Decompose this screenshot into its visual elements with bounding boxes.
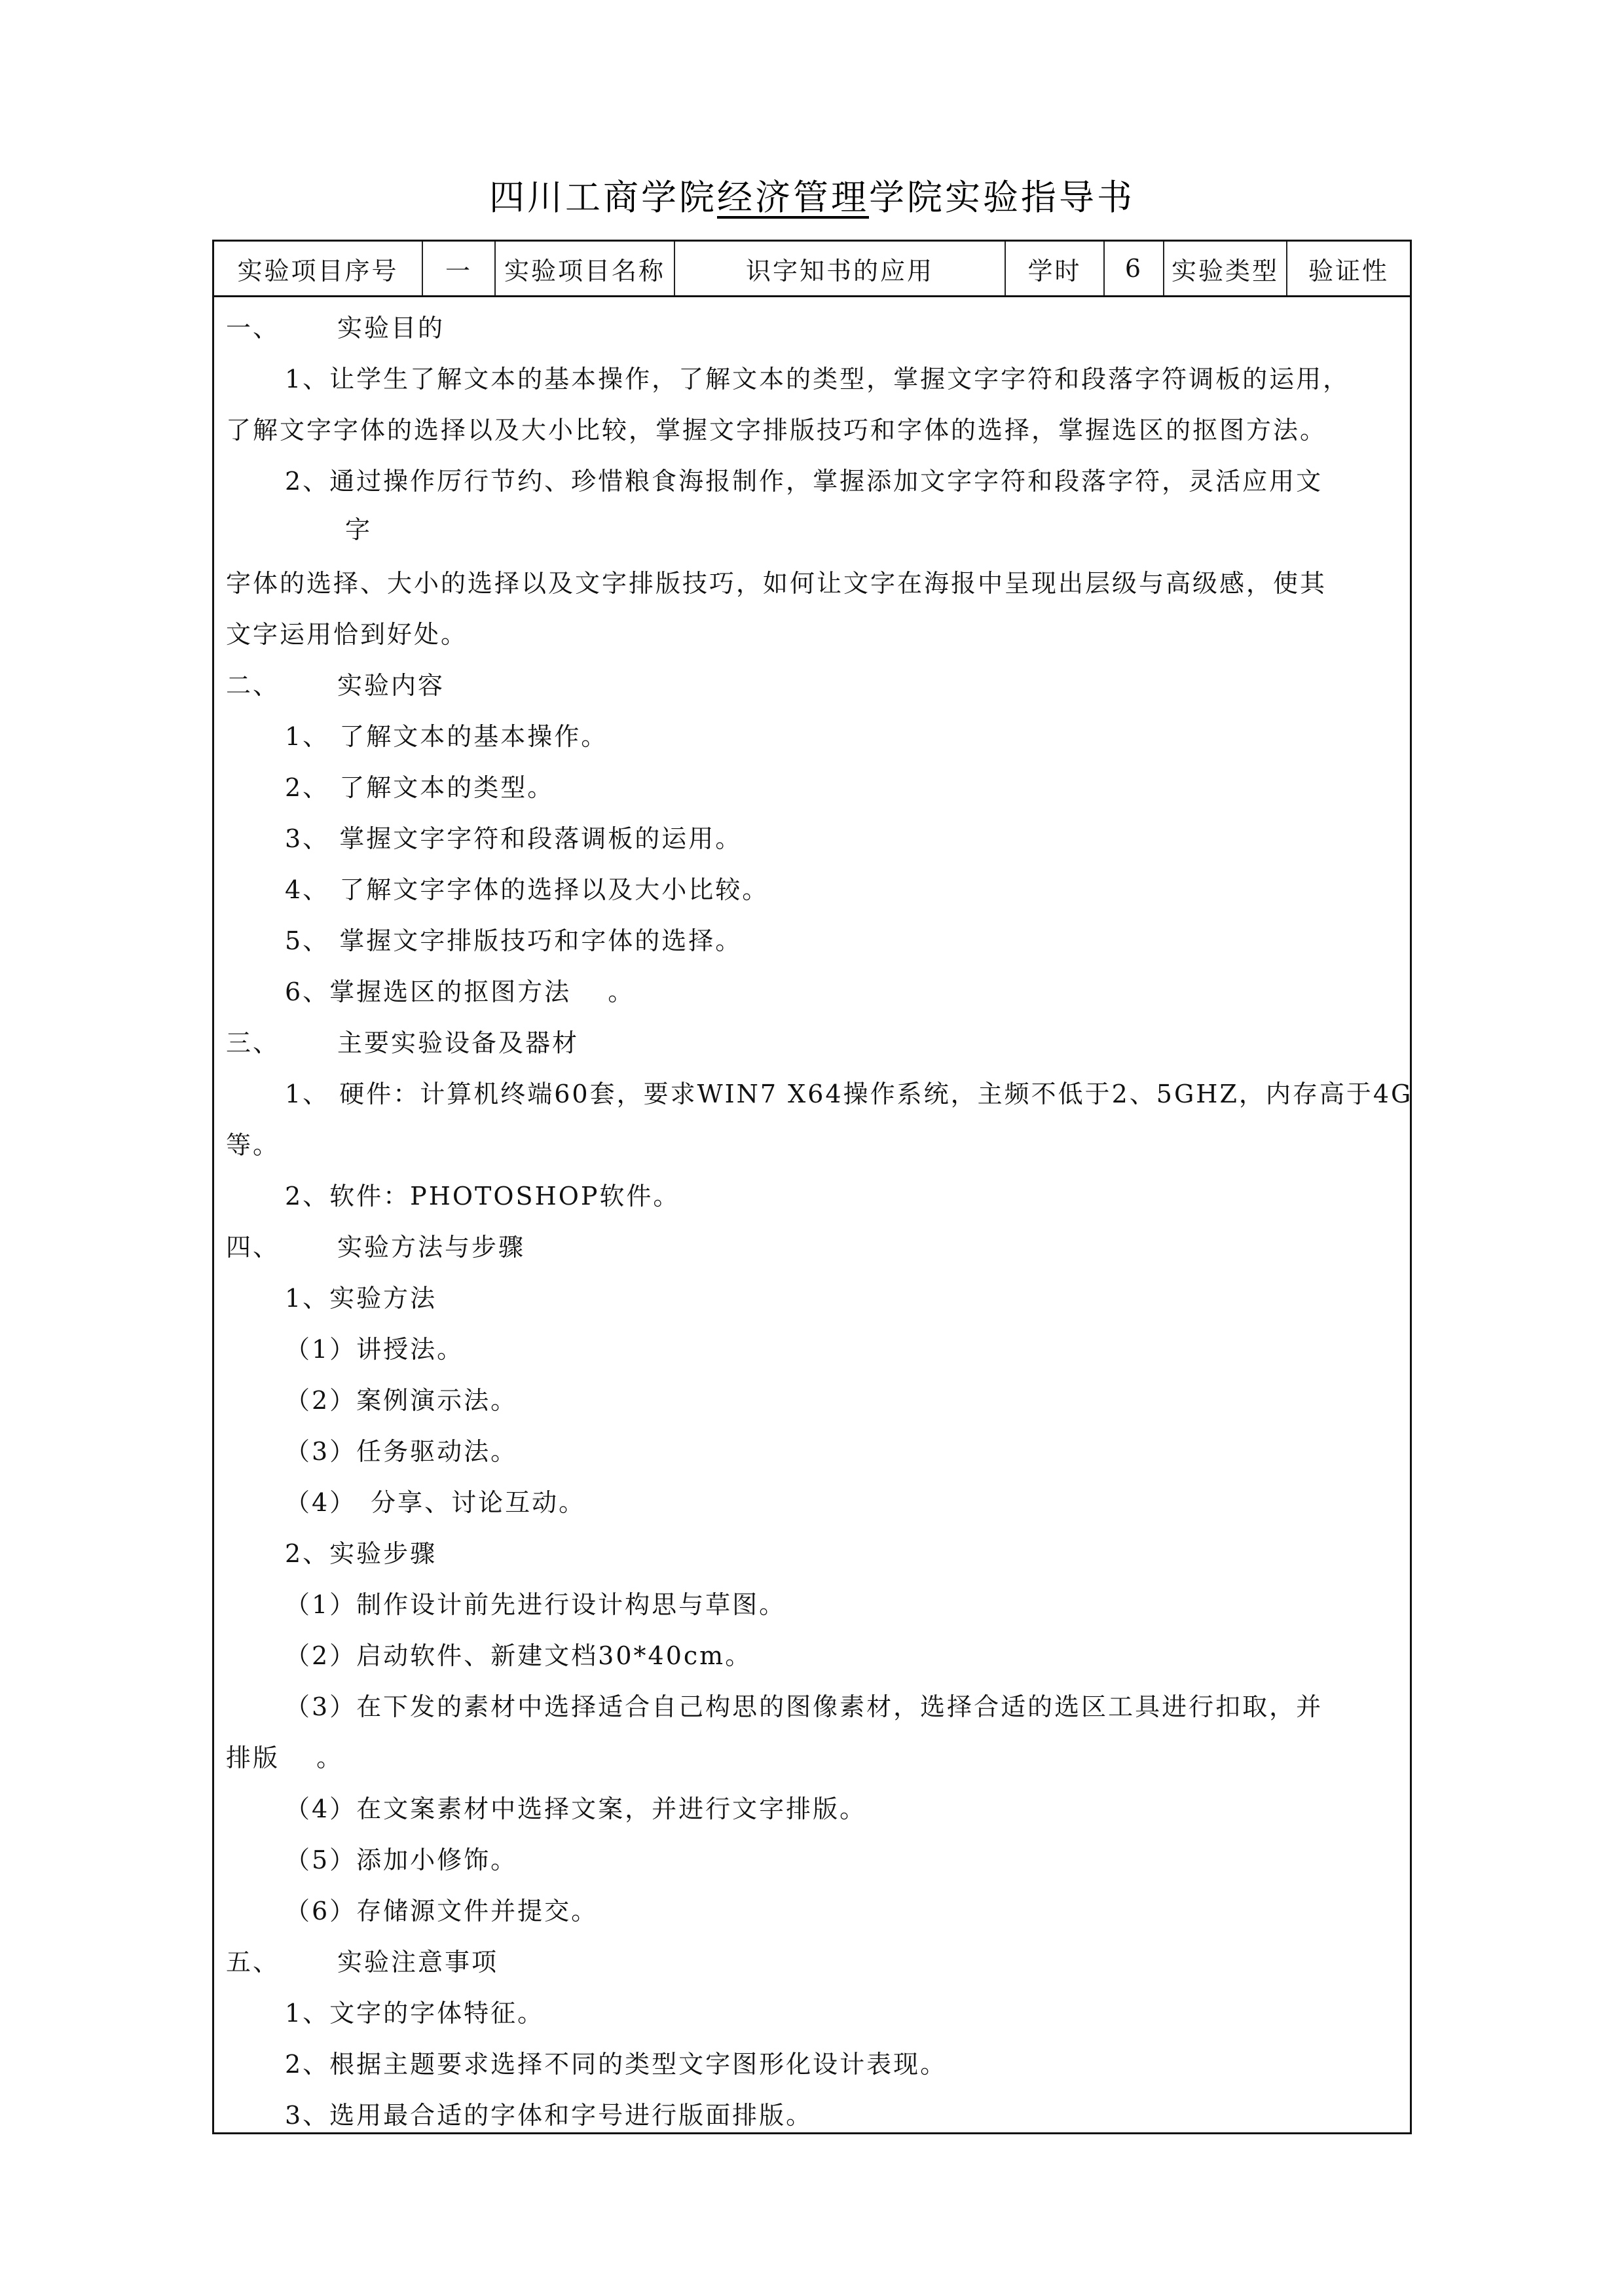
notes-line-1: 1、文字的字体特征。 [285,1997,544,2030]
purpose-line-6: 文字运用恰到好处。 [226,618,468,651]
experiment-guide-table: 实验项目序号 一 实验项目名称 识字知书的应用 学时 6 实验类型 验证性 一、… [212,240,1412,2134]
table-body-cell: 一、实验目的 1、让学生了解文本的基本操作，了解文本的类型，掌握文字字符和段落字… [214,297,1410,2132]
section-heading-content: 二、实验内容 [226,669,445,702]
value-experiment-type: 验证性 [1287,242,1410,295]
methods-line-12: （5）添加小修饰。 [285,1844,517,1876]
notes-line-3: 3、选用最合适的字体和字号进行版面排版。 [285,2099,813,2132]
methods-line-7: （1）制作设计前先进行设计构思与草图。 [285,1588,786,1621]
section-heading-purpose: 一、实验目的 [226,312,445,344]
purpose-line-4: 字 [345,513,372,546]
title-department: 经济管理 [717,177,869,218]
label-experiment-type: 实验类型 [1164,242,1287,295]
equipment-line-1: 1、 硬件：计算机终端60套，要求WIN7 X64操作系统，主频不低于2、5GH… [285,1078,1412,1110]
purpose-line-1: 1、让学生了解文本的基本操作，了解文本的类型，掌握文字字符和段落字符调板的运用， [285,363,1350,395]
value-project-name: 识字知书的应用 [675,242,1006,295]
value-hours: 6 [1105,242,1164,295]
title-suffix: 学院实验指导书 [869,177,1135,218]
label-project-number: 实验项目序号 [214,242,423,295]
page-title: 四川工商学院经济管理学院实验指导书 [0,172,1624,224]
notes-line-2: 2、根据主题要求选择不同的类型文字图形化设计表现。 [285,2048,947,2081]
methods-line-2: （1）讲授法。 [285,1333,464,1366]
methods-line-1: 1、实验方法 [285,1282,437,1315]
section-heading-notes: 五、实验注意事项 [226,1946,498,1978]
equipment-line-3: 2、软件：PHOTOSHOP软件。 [285,1180,680,1212]
methods-line-8: （2）启动软件、新建文档30*40cm。 [285,1639,752,1672]
methods-line-6: 2、实验步骤 [285,1537,437,1570]
content-item-4: 4、 了解文字字体的选择以及大小比较。 [285,873,769,906]
content-item-1: 1、 了解文本的基本操作。 [285,720,608,753]
content-item-5: 5、 掌握文字排版技巧和字体的选择。 [285,924,742,957]
content-item-3: 3、 掌握文字字符和段落调板的运用。 [285,822,742,855]
purpose-line-2: 了解文字字体的选择以及大小比较，掌握文字排版技巧和字体的选择，掌握选区的抠图方法… [226,414,1327,446]
title-prefix: 四川工商学院 [489,177,717,218]
content-item-2: 2、 了解文本的类型。 [285,771,554,804]
value-project-number: 一 [423,242,496,295]
methods-line-11: （4）在文案素材中选择文案，并进行文字排版。 [285,1793,866,1825]
content-item-6: 6、掌握选区的抠图方法 。 [285,975,635,1008]
section-heading-methods: 四、实验方法与步骤 [226,1231,525,1264]
table-header-row: 实验项目序号 一 实验项目名称 识字知书的应用 学时 6 实验类型 验证性 [214,242,1410,297]
methods-line-9: （3）在下发的素材中选择适合自己构思的图像素材，选择合适的选区工具进行扣取，并 [285,1690,1323,1723]
label-hours: 学时 [1006,242,1105,295]
methods-line-5: （4） 分享、讨论互动。 [285,1486,585,1519]
section-heading-equipment: 三、主要实验设备及器材 [226,1027,579,1059]
methods-line-10: 排版 。 [226,1741,343,1774]
purpose-line-5: 字体的选择、大小的选择以及文字排版技巧，如何让文字在海报中呈现出层级与高级感，使… [226,567,1327,600]
methods-line-4: （3）任务驱动法。 [285,1435,517,1468]
label-project-name: 实验项目名称 [496,242,675,295]
methods-line-13: （6）存储源文件并提交。 [285,1895,598,1927]
methods-line-3: （2）案例演示法。 [285,1384,517,1417]
purpose-line-3: 2、通过操作厉行节约、珍惜粮食海报制作，掌握添加文字字符和段落字符，灵活应用文 [285,465,1323,498]
equipment-line-2: 等。 [226,1129,280,1161]
